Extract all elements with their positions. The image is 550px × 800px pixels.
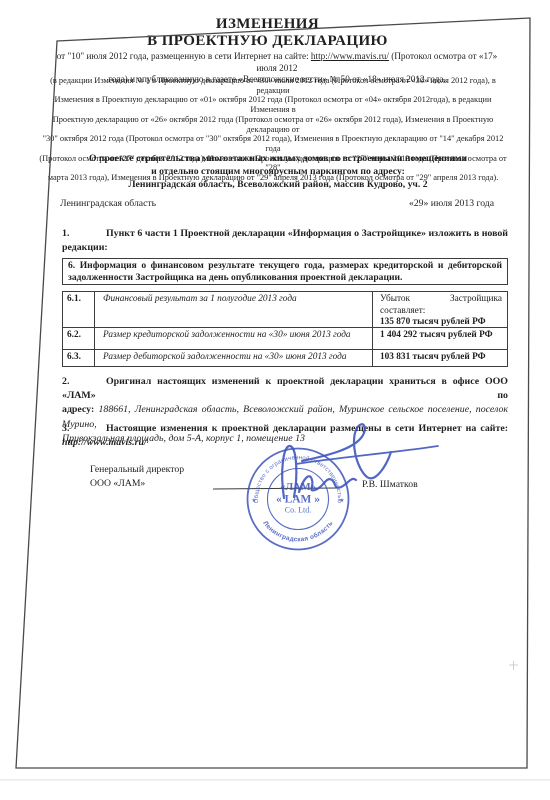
row-value-word: Убыток	[380, 294, 410, 306]
project-about-line2: и отдельно стоящим многоярусным паркинго…	[58, 165, 498, 178]
stamp-outer-circle	[248, 449, 349, 550]
row-number: 6.1.	[63, 292, 95, 327]
section-1-number: 1.	[62, 227, 106, 241]
row-value: Убыток Застройщика составляет: 135 870 т…	[373, 292, 507, 327]
fin-table-header: 6. Информация о финансовом результате те…	[62, 258, 508, 285]
signatory-name: Р.В. Шматков	[362, 479, 418, 490]
revision-line: (в редакции Изменения № 1 в Проектную де…	[36, 76, 510, 95]
section-3-text: Настоящие изменения к проектной декларац…	[106, 423, 508, 434]
stamp-center-coltd: Co. Ltd.	[285, 506, 311, 515]
section-2-address-label: адресу:	[62, 404, 94, 415]
publication-line1-pre: от "10" июля 2012 года, размещенную в се…	[57, 51, 311, 61]
signature-line	[213, 488, 338, 489]
section-1-line1: 1.Пункт 6 части 1 Проектной декларации «…	[62, 227, 508, 241]
stamp-center-lam-en: « LAM »	[276, 494, 320, 506]
row-value-amount: 1 404 292 тысяч рублей РФ	[373, 328, 507, 349]
row-value-amount: 103 831 тысяч рублей РФ	[373, 350, 507, 366]
row-value-line1: Убыток Застройщика	[380, 294, 502, 306]
stamp-star-right: ★	[340, 497, 345, 504]
row-label: Размер дебиторской задолженности на «30»…	[95, 350, 373, 366]
signatory-role-line1: Генеральный директор	[90, 463, 184, 477]
table-row: 6.2. Размер кредиторской задолженности н…	[63, 328, 507, 350]
site-url-text: http://www.mavis.ru/	[311, 51, 389, 61]
table-row: 6.1. Финансовый результат за 1 полугодие…	[63, 292, 507, 328]
signature-stroke	[299, 476, 356, 492]
revision-line: "30" октября 2012 года (Протокол осмотра…	[36, 134, 510, 153]
fin-table: 6.1. Финансовый результат за 1 полугодие…	[62, 291, 508, 367]
stamp-ring-top-text: Общество с ограниченной ответственностью	[254, 455, 342, 504]
company-stamp: Общество с ограниченной ответственностью…	[248, 449, 349, 550]
date-label: «29» июля 2013 года	[409, 198, 494, 209]
stamp-rings	[248, 449, 349, 550]
project-about-line1: О проекте строительства многоэтажных жил…	[58, 152, 498, 165]
project-about-line3: Ленинградская область, Всеволожский райо…	[58, 178, 498, 191]
document-title: ИЗМЕНЕНИЯ В ПРОЕКТНУЮ ДЕКЛАРАЦИЮ	[40, 16, 495, 50]
section-3-paragraph: 3.Настоящие изменения к проектной деклар…	[62, 422, 508, 450]
row-label: Финансовый результат за 1 полугодие 2013…	[95, 292, 373, 327]
stamp-inner-circle	[268, 469, 329, 530]
signature-stroke	[282, 446, 296, 498]
section-2-number: 2.	[62, 375, 106, 389]
row-number: 6.3.	[63, 350, 95, 366]
place-label: Ленинградская область	[60, 198, 156, 209]
registration-mark	[509, 661, 518, 670]
stamp-center-lam-ru: «ЛАМ»	[280, 482, 316, 493]
section-2-line1: 2.Оригинал настоящих изменений к проектн…	[62, 375, 508, 403]
section-3-line1: 3.Настоящие изменения к проектной деклар…	[62, 422, 508, 436]
row-number: 6.2.	[63, 328, 95, 349]
scan-artifact-line	[0, 779, 550, 781]
section-3-url: http://www.mavis.ru/	[62, 436, 508, 450]
signatory-role: Генеральный директор ООО «ЛАМ»	[90, 463, 184, 490]
row-value-word: Застройщика	[450, 294, 502, 306]
row-label: Размер кредиторской задолженности на «30…	[95, 328, 373, 349]
revision-line: Проектную декларацию от «26» октября 201…	[36, 115, 510, 134]
stamp-texts: Общество с ограниченной ответственностью…	[252, 455, 345, 543]
stamp-star-left: ★	[252, 497, 257, 504]
row-value-line2: составляет:	[380, 306, 502, 318]
revision-line: Изменения в Проектную декларацию от «01»…	[36, 95, 510, 114]
section-2-text-bold: Оригинал настоящих изменений к проектной…	[62, 376, 508, 401]
project-about-paragraph: О проекте строительства многоэтажных жил…	[58, 152, 498, 191]
section-1-paragraph: 1.Пункт 6 части 1 Проектной декларации «…	[62, 227, 508, 255]
section-3-number: 3.	[62, 422, 106, 436]
section-1-text: Пункт 6 части 1 Проектной декларации «Ин…	[106, 228, 508, 239]
document-title-line2: В ПРОЕКТНУЮ ДЕКЛАРАЦИЮ	[40, 33, 495, 50]
document-title-line1: ИЗМЕНЕНИЯ	[40, 16, 495, 33]
publication-line1: от "10" июля 2012 года, размещенную в се…	[56, 51, 498, 74]
section-1-line2: редакции:	[62, 241, 508, 255]
signatory-role-line2: ООО «ЛАМ»	[90, 477, 184, 491]
table-row: 6.3. Размер дебиторской задолженности на…	[63, 350, 507, 366]
stamp-ring-bottom-text: Ленинградская область	[261, 520, 334, 544]
place-date-row: Ленинградская область «29» июля 2013 год…	[60, 198, 494, 209]
